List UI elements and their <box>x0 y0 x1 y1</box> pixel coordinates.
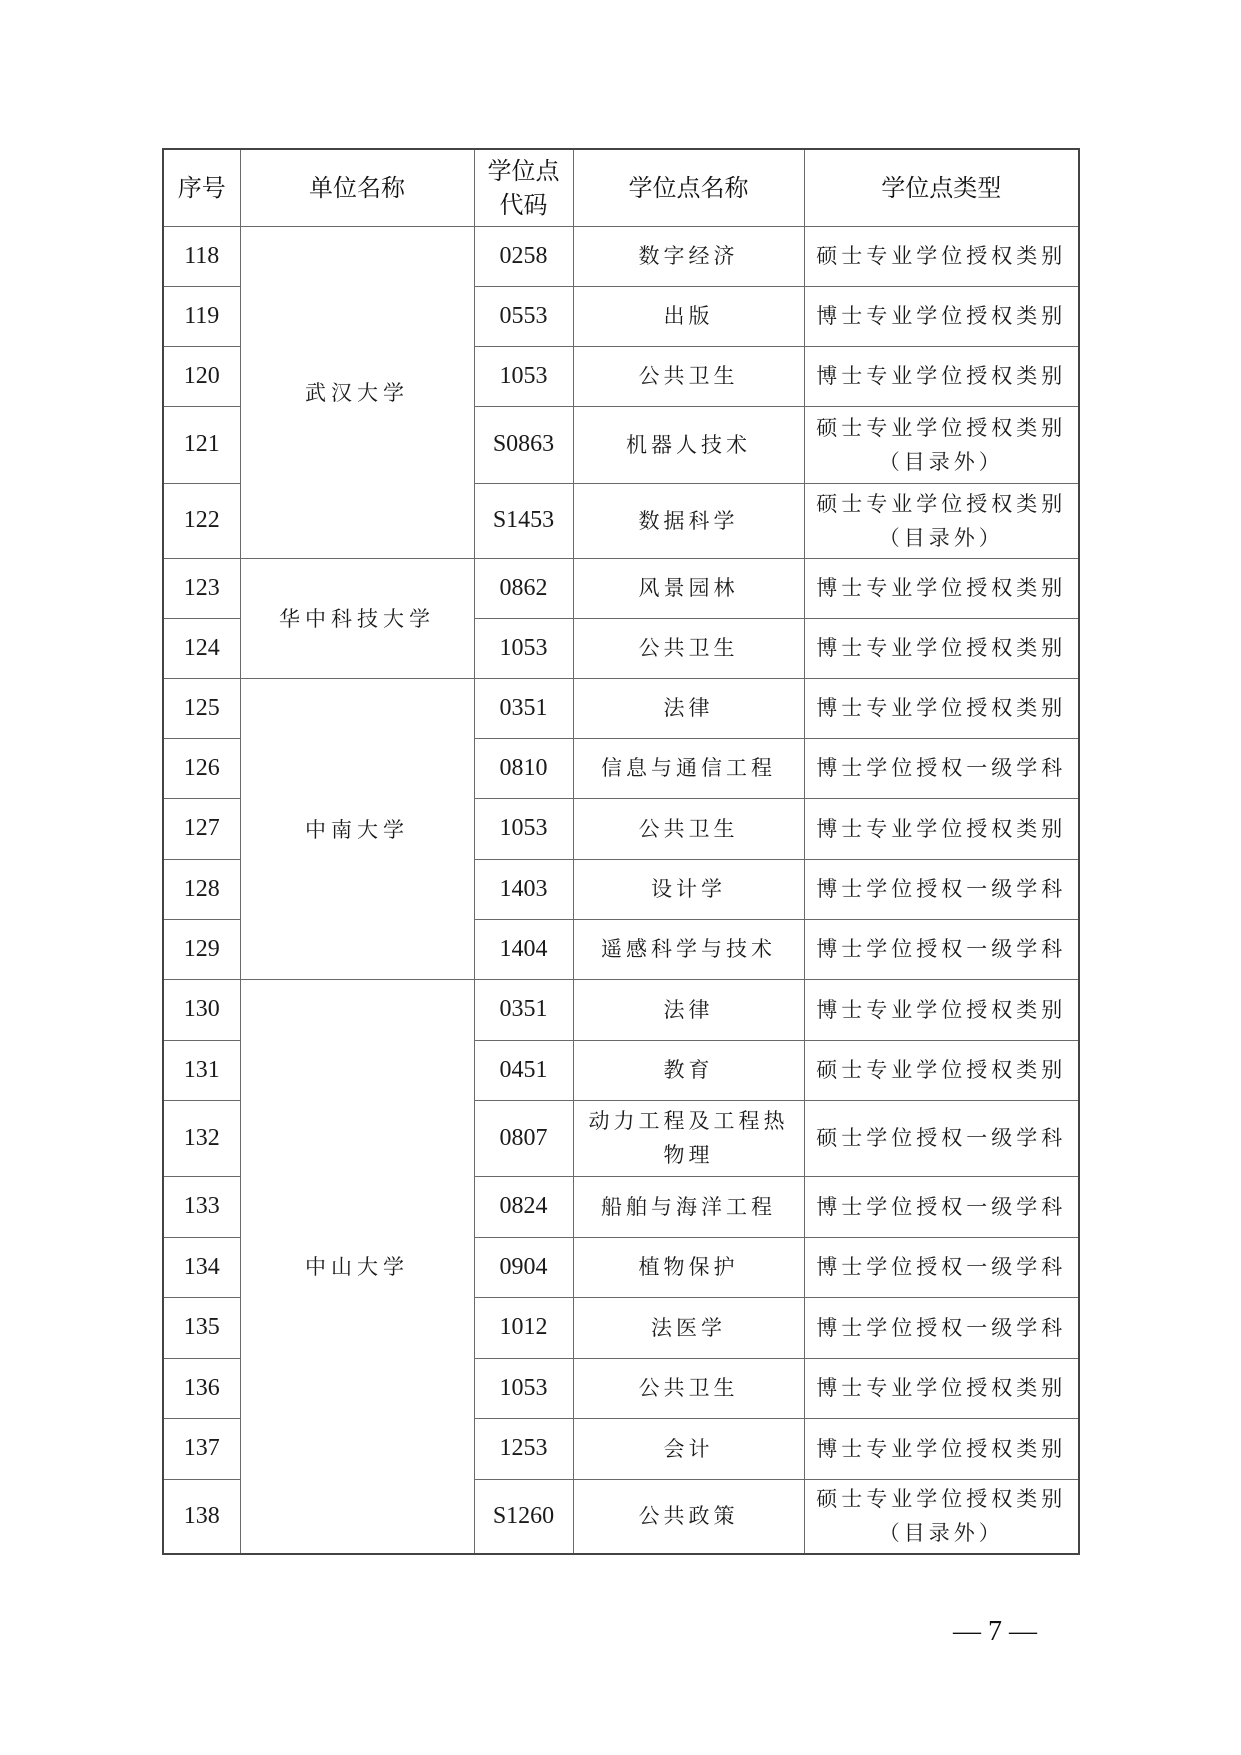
seq-cell: 130 <box>163 979 240 1040</box>
type-cell: 博士学位授权一级学科 <box>804 859 1079 919</box>
page-number: — 7 — <box>950 1616 1040 1648</box>
org-cell: 中南大学 <box>240 678 474 979</box>
header-code-line1: 学位点 <box>488 157 560 185</box>
name-text: 动力工程及工程热 <box>589 1109 789 1133</box>
header-type: 学位点类型 <box>804 149 1079 226</box>
seq-cell: 138 <box>163 1479 240 1554</box>
type-cell: 博士专业学位授权类别 <box>804 1358 1079 1418</box>
code-cell: 1053 <box>474 1358 573 1418</box>
name-cell: 数字经济 <box>573 226 804 286</box>
type-cell: 博士专业学位授权类别 <box>804 346 1079 406</box>
type-text: 硕士专业学位授权类别 <box>816 416 1066 440</box>
type-note: （目录外） <box>879 526 1004 550</box>
seq-cell: 120 <box>163 346 240 406</box>
table-row: 118 武汉大学 0258 数字经济 硕士专业学位授权类别 <box>163 226 1079 286</box>
org-cell: 华中科技大学 <box>240 558 474 678</box>
seq-cell: 134 <box>163 1237 240 1297</box>
type-note: （目录外） <box>879 1521 1004 1545</box>
name-text-line2: 物理 <box>664 1143 714 1167</box>
type-cell: 硕士专业学位授权类别 <box>804 226 1079 286</box>
code-cell: 0258 <box>474 226 573 286</box>
type-cell: 博士专业学位授权类别 <box>804 618 1079 678</box>
code-cell: 1012 <box>474 1297 573 1358</box>
document-page: 序号 单位名称 学位点 代码 学位点名称 学位点类型 118 武汉大学 0258… <box>0 0 1241 1755</box>
name-cell: 风景园林 <box>573 558 804 618</box>
name-cell: 公共卫生 <box>573 346 804 406</box>
table-header-row: 序号 单位名称 学位点 代码 学位点名称 学位点类型 <box>163 149 1079 226</box>
name-cell: 机器人技术 <box>573 406 804 483</box>
seq-cell: 128 <box>163 859 240 919</box>
code-cell: 0351 <box>474 678 573 738</box>
name-cell: 船舶与海洋工程 <box>573 1176 804 1237</box>
seq-cell: 136 <box>163 1358 240 1418</box>
code-cell: 0351 <box>474 979 573 1040</box>
name-cell: 公共卫生 <box>573 1358 804 1418</box>
type-cell: 博士学位授权一级学科 <box>804 1176 1079 1237</box>
org-cell: 武汉大学 <box>240 226 474 558</box>
name-cell: 设计学 <box>573 859 804 919</box>
code-cell: 0810 <box>474 738 573 798</box>
type-cell: 博士专业学位授权类别 <box>804 979 1079 1040</box>
code-cell: 1403 <box>474 859 573 919</box>
name-cell: 法律 <box>573 979 804 1040</box>
table-row: 130 中山大学 0351 法律 博士专业学位授权类别 <box>163 979 1079 1040</box>
code-cell: 1053 <box>474 346 573 406</box>
name-cell: 出版 <box>573 286 804 346</box>
seq-cell: 126 <box>163 738 240 798</box>
org-cell: 中山大学 <box>240 979 474 1554</box>
type-cell: 硕士学位授权一级学科 <box>804 1100 1079 1176</box>
name-cell: 法医学 <box>573 1297 804 1358</box>
name-cell: 数据科学 <box>573 483 804 558</box>
name-cell: 信息与通信工程 <box>573 738 804 798</box>
seq-cell: 137 <box>163 1418 240 1479</box>
header-name: 学位点名称 <box>573 149 804 226</box>
type-cell: 硕士专业学位授权类别 （目录外） <box>804 483 1079 558</box>
type-cell: 博士专业学位授权类别 <box>804 678 1079 738</box>
header-code-line2: 代码 <box>500 191 548 219</box>
code-cell: S0863 <box>474 406 573 483</box>
header-code: 学位点 代码 <box>474 149 573 226</box>
seq-cell: 124 <box>163 618 240 678</box>
type-cell: 博士学位授权一级学科 <box>804 919 1079 979</box>
code-cell: 0553 <box>474 286 573 346</box>
degree-points-table: 序号 单位名称 学位点 代码 学位点名称 学位点类型 118 武汉大学 0258… <box>162 148 1080 1555</box>
type-cell: 博士专业学位授权类别 <box>804 1418 1079 1479</box>
name-cell: 法律 <box>573 678 804 738</box>
type-text: 硕士专业学位授权类别 <box>816 492 1066 516</box>
type-cell: 硕士专业学位授权类别 <box>804 1040 1079 1100</box>
name-cell: 动力工程及工程热 物理 <box>573 1100 804 1176</box>
type-cell: 硕士专业学位授权类别 （目录外） <box>804 1479 1079 1554</box>
code-cell: 1404 <box>474 919 573 979</box>
name-cell: 遥感科学与技术 <box>573 919 804 979</box>
type-text: 硕士专业学位授权类别 <box>816 1487 1066 1511</box>
code-cell: 0451 <box>474 1040 573 1100</box>
seq-cell: 118 <box>163 226 240 286</box>
seq-cell: 119 <box>163 286 240 346</box>
type-cell: 博士学位授权一级学科 <box>804 738 1079 798</box>
type-cell: 博士专业学位授权类别 <box>804 558 1079 618</box>
header-seq: 序号 <box>163 149 240 226</box>
seq-cell: 129 <box>163 919 240 979</box>
code-cell: S1260 <box>474 1479 573 1554</box>
name-cell: 公共卫生 <box>573 798 804 859</box>
code-cell: 1053 <box>474 798 573 859</box>
name-cell: 会计 <box>573 1418 804 1479</box>
seq-cell: 123 <box>163 558 240 618</box>
type-cell: 博士专业学位授权类别 <box>804 286 1079 346</box>
code-cell: 0904 <box>474 1237 573 1297</box>
code-cell: 0862 <box>474 558 573 618</box>
type-cell: 博士学位授权一级学科 <box>804 1297 1079 1358</box>
code-cell: S1453 <box>474 483 573 558</box>
seq-cell: 135 <box>163 1297 240 1358</box>
header-org: 单位名称 <box>240 149 474 226</box>
seq-cell: 132 <box>163 1100 240 1176</box>
code-cell: 0807 <box>474 1100 573 1176</box>
type-cell: 硕士专业学位授权类别 （目录外） <box>804 406 1079 483</box>
seq-cell: 122 <box>163 483 240 558</box>
code-cell: 1253 <box>474 1418 573 1479</box>
seq-cell: 133 <box>163 1176 240 1237</box>
seq-cell: 131 <box>163 1040 240 1100</box>
seq-cell: 127 <box>163 798 240 859</box>
seq-cell: 121 <box>163 406 240 483</box>
type-note: （目录外） <box>879 450 1004 474</box>
type-cell: 博士专业学位授权类别 <box>804 798 1079 859</box>
code-cell: 1053 <box>474 618 573 678</box>
table-row: 125 中南大学 0351 法律 博士专业学位授权类别 <box>163 678 1079 738</box>
table-row: 123 华中科技大学 0862 风景园林 博士专业学位授权类别 <box>163 558 1079 618</box>
name-cell: 植物保护 <box>573 1237 804 1297</box>
name-cell: 教育 <box>573 1040 804 1100</box>
name-cell: 公共卫生 <box>573 618 804 678</box>
type-cell: 博士学位授权一级学科 <box>804 1237 1079 1297</box>
code-cell: 0824 <box>474 1176 573 1237</box>
seq-cell: 125 <box>163 678 240 738</box>
name-cell: 公共政策 <box>573 1479 804 1554</box>
